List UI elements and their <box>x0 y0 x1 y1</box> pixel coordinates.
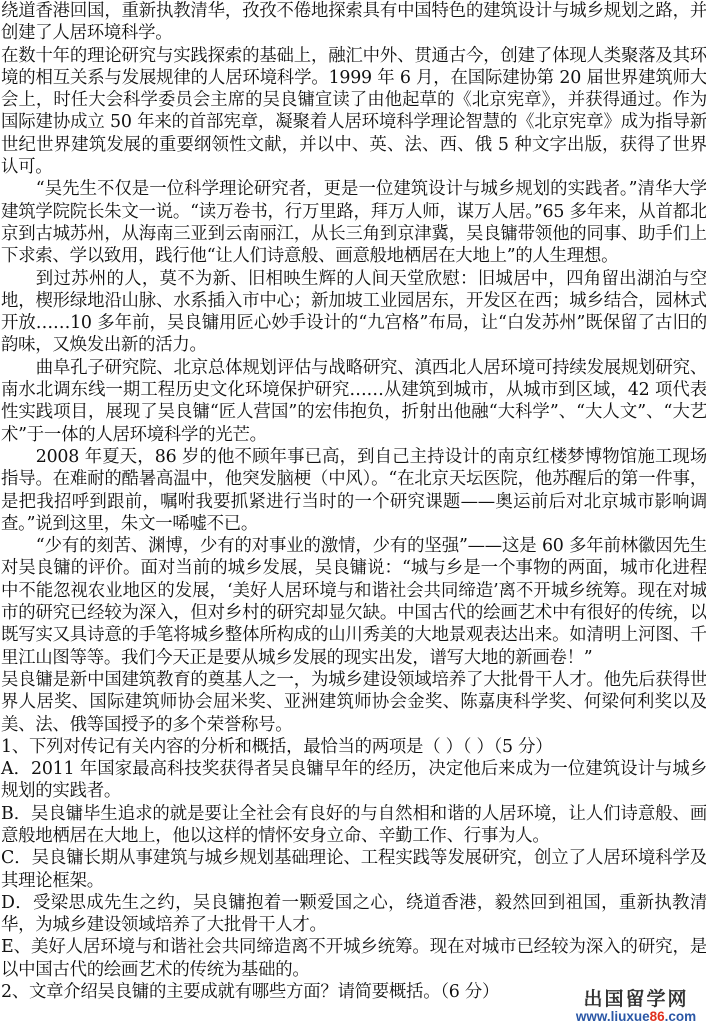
question-1-option-b: B．吴良镛毕生追求的就是要让全社会有良好的与自然相和谐的人居环境，让人们诗意般、… <box>1 803 706 848</box>
paragraph-awards: 吴良镛是新中国建筑教育的奠基人之一，为城乡建设领域培养了大批骨干人才。他先后获得… <box>1 669 706 736</box>
question-1: 1、下列对传记有关内容的分析和概括，最恰当的两项是（ ）（ ）（5 分） A．2… <box>1 736 706 981</box>
watermark-url: www.liuxue86.com <box>566 1009 706 1024</box>
question-1-option-d: D．受梁思成先生之约，吴良镛抱着一颗爱国之心，绕道香港，毅然回到祖国，重新执教清… <box>1 892 706 937</box>
question-1-option-e: E、美好人居环境与和谐社会共同缔造离不开城乡统筹。现在对城市已经较为深入的研究，… <box>1 936 706 981</box>
paragraph-human-settlements-science: 在数十年的理论研究与实践探索的基础上，融汇中外、贯通古今，创建了体现人类聚落及其… <box>1 45 706 179</box>
article-body: 绕道香港回国，重新执教清华，孜孜不倦地探索具有中国特色的建筑设计与城乡规划之路，… <box>1 0 706 1003</box>
watermark-logo: 出国留学网 www.liuxue86.com <box>566 988 706 1024</box>
question-1-option-a: A．2011 年国家最高科技奖获得者吴良镛早年的经历，决定他后来成为一位建筑设计… <box>1 758 706 803</box>
question-1-stem: 1、下列对传记有关内容的分析和概括，最恰当的两项是（ ）（ ）（5 分） <box>1 736 706 758</box>
watermark-url-number: 86 <box>650 1009 665 1024</box>
watermark-url-suffix: .com <box>665 1009 697 1024</box>
paragraph-2008-stroke: 2008 年夏天，86 岁的他不顾年事已高，到自己主持设计的南京红楼梦博物馆施工… <box>1 446 706 535</box>
paragraph-practitioner-quote: “吴先生不仅是一位科学理论研究者，更是一位建筑设计与城乡规划的实践者。”清华大学… <box>1 178 706 267</box>
watermark-url-prefix: www.liuxue <box>576 1009 650 1024</box>
paragraph-urban-rural: “少有的刻苦、渊博，少有的对事业的激情，少有的坚强”——这是 60 多年前林徽因… <box>1 535 706 669</box>
paragraph-projects: 曲阜孔子研究院、北京总体规划评估与战略研究、滇西北人居环境可持续发展规划研究、南… <box>1 357 706 446</box>
watermark-title: 出国留学网 <box>566 989 706 1009</box>
paragraph-suzhou: 到过苏州的人，莫不为新、旧相映生辉的人间天堂欣慰：旧城居中，四角留出湖泊与空地，… <box>1 268 706 357</box>
question-1-option-c: C．吴良镛长期从事建筑与城乡规划基础理论、工程实践等发展研究，创立了人居环境科学… <box>1 847 706 892</box>
paragraph-intro-continuation: 绕道香港回国，重新执教清华，孜孜不倦地探索具有中国特色的建筑设计与城乡规划之路，… <box>1 0 706 45</box>
